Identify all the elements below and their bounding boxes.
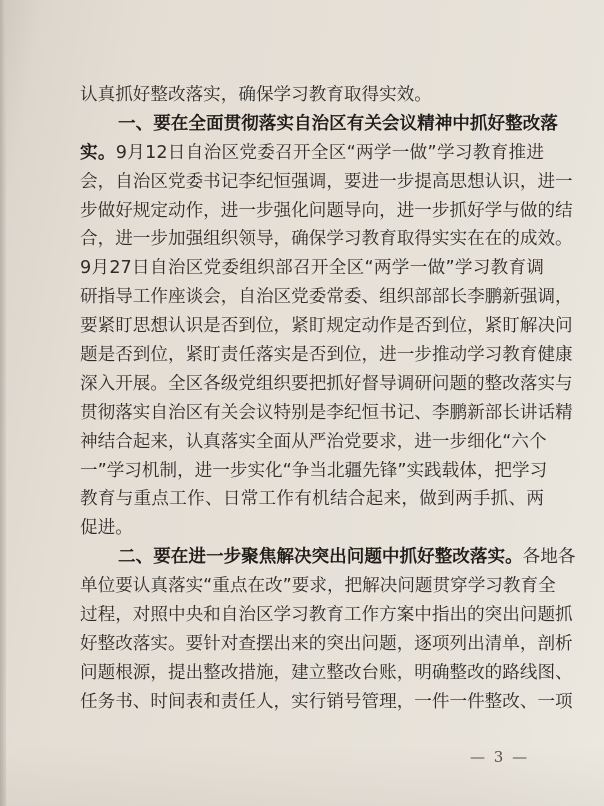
line-text: 会，自治区党委书记李纪恒强调，要进一步提高思想认识，进一 [80,172,573,192]
line-text: 贯彻落实自治区有关会议特别是李纪恒书记、李鹏新部长讲话精 [80,403,573,423]
line-text: 深入开展。全区各级党组织要把抓好督导调研问题的整改落实与 [80,374,573,394]
text-line: 要紧盯思想认识是否到位，紧盯规定动作是否到位，紧盯解决问 [80,312,544,341]
line-text: 单位要认真落实“重点在改”要求，把解决问题贯穿学习教育全 [80,576,556,596]
page-edge [0,0,6,806]
photo-shadow [0,746,604,806]
line-text: 9月12日自治区党委召开全区“两学一做”学习教育推进 [116,143,544,163]
line-text: 神结合起来，认真落实全面从严治党要求，进一步细化“六个 [80,432,547,452]
heading-text: 实。 [80,143,116,163]
line-text: 研指导工作座谈会，自治区党委常委、组织部部长李鹏新强调， [80,287,573,307]
text-line: 促进。 [80,514,544,543]
text-line: 会，自治区党委书记李纪恒强调，要进一步提高思想认识，进一 [80,168,544,197]
line-text: 好整改落实。要针对查摆出来的突出问题，逐项列出清单，剖析 [80,634,573,654]
document-body: 认真抓好整改落实，确保学习教育取得实效。 一、要在全面贯彻落实自治区有关会议精神… [80,81,544,717]
text-line: 问题根源，提出整改措施，建立整改台账，明确整改的路线图、 [80,659,544,688]
text-line: 任务书、时间表和责任人，实行销号管理，一件一件整改、一项 [80,688,544,717]
text-line: 贯彻落实自治区有关会议特别是李纪恒书记、李鹏新部长讲话精 [80,399,544,428]
heading-text: 一、要在全面贯彻落实自治区有关会议精神中抓好整改落 [118,114,558,134]
line-text: 问题根源，提出整改措施，建立整改台账，明确整改的路线图、 [80,663,573,683]
text-line: 深入开展。全区各级党组织要把抓好督导调研问题的整改落实与 [80,370,544,399]
text-line: 步做好规定动作，进一步强化问题导向，进一步抓好学与做的结 [80,197,544,226]
line-text: 各地各 [523,547,576,567]
line-text: 促进。 [80,518,133,538]
text-line: 好整改落实。要针对查摆出来的突出问题，逐项列出清单，剖析 [80,630,544,659]
heading-text: 二、要在进一步聚焦解决突出问题中抓好整改落实。 [118,547,523,567]
line-text: 认真抓好整改落实，确保学习教育取得实效。 [80,85,432,105]
text-line: 神结合起来，认真落实全面从严治党要求，进一步细化“六个 [80,428,544,457]
text-line: 研指导工作座谈会，自治区党委常委、组织部部长李鹏新强调， [80,283,544,312]
line-text: 9月27日自治区党委组织部召开全区“两学一做”学习教育调 [80,258,544,278]
line-text: 任务书、时间表和责任人，实行销号管理，一件一件整改、一项 [80,692,573,712]
line-text: 题是否到位，紧盯责任落实是否到位，进一步推动学习教育健康 [80,345,573,365]
text-line: 教育与重点工作、日常工作有机结合起来，做到两手抓、两 [80,485,544,514]
text-line: 单位要认真落实“重点在改”要求，把解决问题贯穿学习教育全 [80,572,544,601]
text-line: 9月27日自治区党委组织部召开全区“两学一做”学习教育调 [80,254,544,283]
line-text: 一”学习机制，进一步实化“争当北疆先锋”实践载体，把学习 [80,461,547,481]
line-text: 要紧盯思想认识是否到位，紧盯规定动作是否到位，紧盯解决问 [80,316,573,336]
section-heading-2: 二、要在进一步聚焦解决突出问题中抓好整改落实。各地各 [80,543,544,572]
text-line: 实。9月12日自治区党委召开全区“两学一做”学习教育推进 [80,139,544,168]
line-text: 过程，对照中央和自治区学习教育工作方案中指出的突出问题抓 [80,605,573,625]
line-text: 合，进一步加强组织领导，确保学习教育取得实实在在的成效。 [80,229,573,249]
section-heading-1: 一、要在全面贯彻落实自治区有关会议精神中抓好整改落 [80,110,544,139]
text-line: 认真抓好整改落实，确保学习教育取得实效。 [80,81,544,110]
line-text: 步做好规定动作，进一步强化问题导向，进一步抓好学与做的结 [80,201,573,221]
line-text: 教育与重点工作、日常工作有机结合起来，做到两手抓、两 [80,489,544,509]
text-line: 合，进一步加强组织领导，确保学习教育取得实实在在的成效。 [80,225,544,254]
text-line: 过程，对照中央和自治区学习教育工作方案中指出的突出问题抓 [80,601,544,630]
text-line: 题是否到位，紧盯责任落实是否到位，进一步推动学习教育健康 [80,341,544,370]
text-line: 一”学习机制，进一步实化“争当北疆先锋”实践载体，把学习 [80,457,544,486]
